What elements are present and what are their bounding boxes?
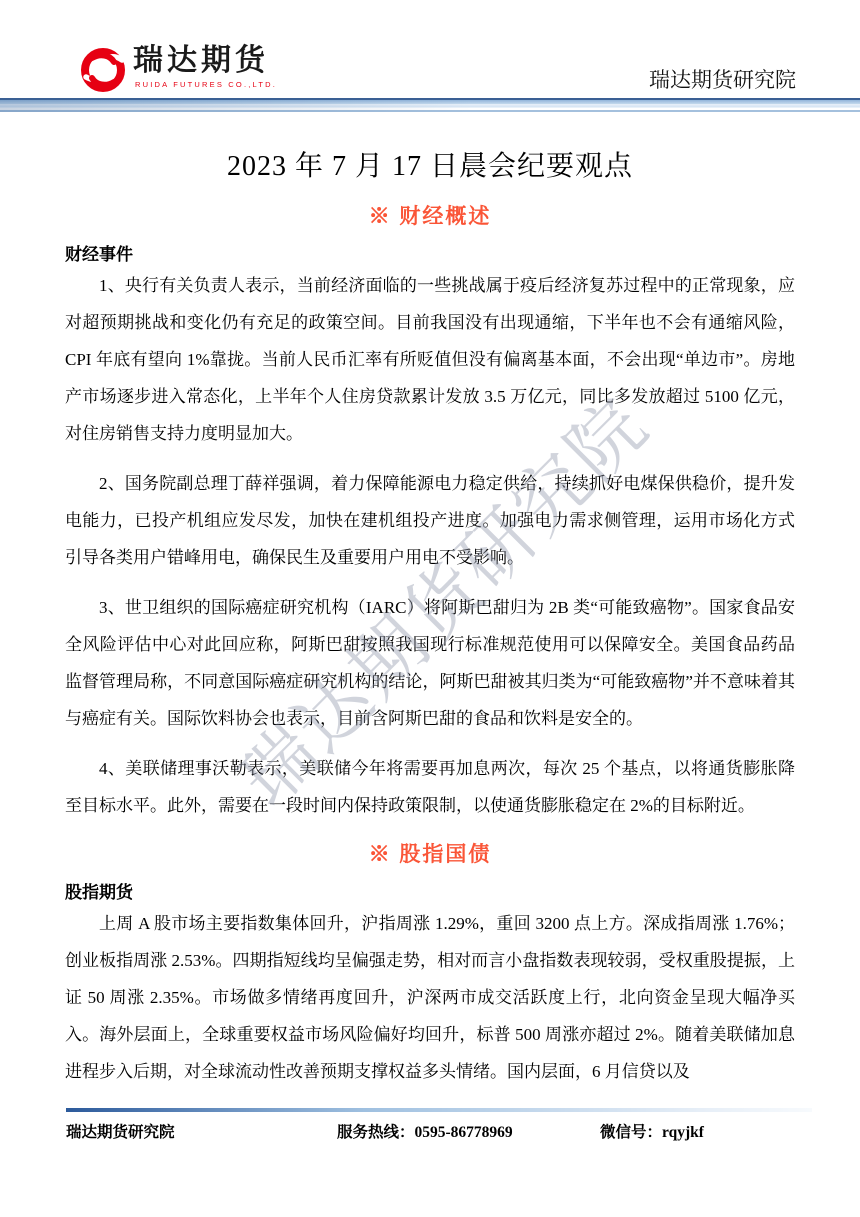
- footer-wechat: 微信号：rqyjkf: [600, 1120, 704, 1142]
- paragraph-finance-1: 1、央行有关负责人表示，当前经济面临的一些挑战属于疫后经济复苏过程中的正常现象，…: [65, 267, 795, 452]
- footer-hotline-number: 0595-86778969: [415, 1124, 513, 1141]
- logo-name-cn: 瑞达期货: [133, 44, 277, 78]
- section-header-finance: ※ 财经概述: [65, 200, 795, 230]
- paragraph-finance-4: 4、美联储理事沃勒表示，美联储今年将需要再加息两次，每次 25 个基点，以将通货…: [65, 750, 795, 824]
- paragraph-index-1: 上周 A 股市场主要指数集体回升，沪指周涨 1.29%，重回 3200 点上方。…: [65, 905, 795, 1090]
- subheading-finance-events: 财经事件: [65, 240, 795, 265]
- header-divider-bar: [0, 98, 860, 112]
- header-institute-name: 瑞达期货研究院: [649, 64, 796, 94]
- footer-wechat-label: 微信号：: [600, 1124, 662, 1141]
- footer-institute-name: 瑞达期货研究院: [66, 1120, 175, 1142]
- ruida-logo-icon: [78, 44, 128, 94]
- footer-row: 瑞达期货研究院 服务热线：0595-86778969 微信号：rqyjkf: [0, 1120, 860, 1148]
- footer-hotline: 服务热线：0595-86778969: [337, 1120, 513, 1142]
- page-header: 瑞达期货 RUIDA FUTURES CO.,LTD. 瑞达期货研究院: [0, 0, 860, 98]
- section-finance-overview: ※ 财经概述 财经事件 1、央行有关负责人表示，当前经济面临的一些挑战属于疫后经…: [65, 200, 795, 824]
- logo-text-block: 瑞达期货 RUIDA FUTURES CO.,LTD.: [133, 44, 277, 89]
- section-header-index-bonds: ※ 股指国债: [65, 838, 795, 868]
- section-index-bonds: ※ 股指国债 股指期货 上周 A 股市场主要指数集体回升，沪指周涨 1.29%，…: [65, 838, 795, 1090]
- footer-divider-bar: [66, 1108, 812, 1112]
- document-body: 2023 年 7 月 17 日晨会纪要观点 ※ 财经概述 财经事件 1、央行有关…: [0, 144, 860, 1090]
- ruida-logo: 瑞达期货 RUIDA FUTURES CO.,LTD.: [78, 44, 277, 94]
- page-footer: 瑞达期货研究院 服务热线：0595-86778969 微信号：rqyjkf: [0, 1108, 860, 1148]
- logo-name-en: RUIDA FUTURES CO.,LTD.: [133, 80, 277, 89]
- footer-hotline-label: 服务热线：: [337, 1124, 415, 1141]
- footer-wechat-id: rqyjkf: [662, 1124, 704, 1141]
- paragraph-finance-2: 2、国务院副总理丁薛祥强调，着力保障能源电力稳定供给，持续抓好电煤保供稳价，提升…: [65, 465, 795, 576]
- subheading-index-futures: 股指期货: [65, 878, 795, 903]
- paragraph-finance-3: 3、世卫组织的国际癌症研究机构（IARC）将阿斯巴甜归为 2B 类“可能致癌物”…: [65, 589, 795, 737]
- document-title: 2023 年 7 月 17 日晨会纪要观点: [65, 144, 795, 184]
